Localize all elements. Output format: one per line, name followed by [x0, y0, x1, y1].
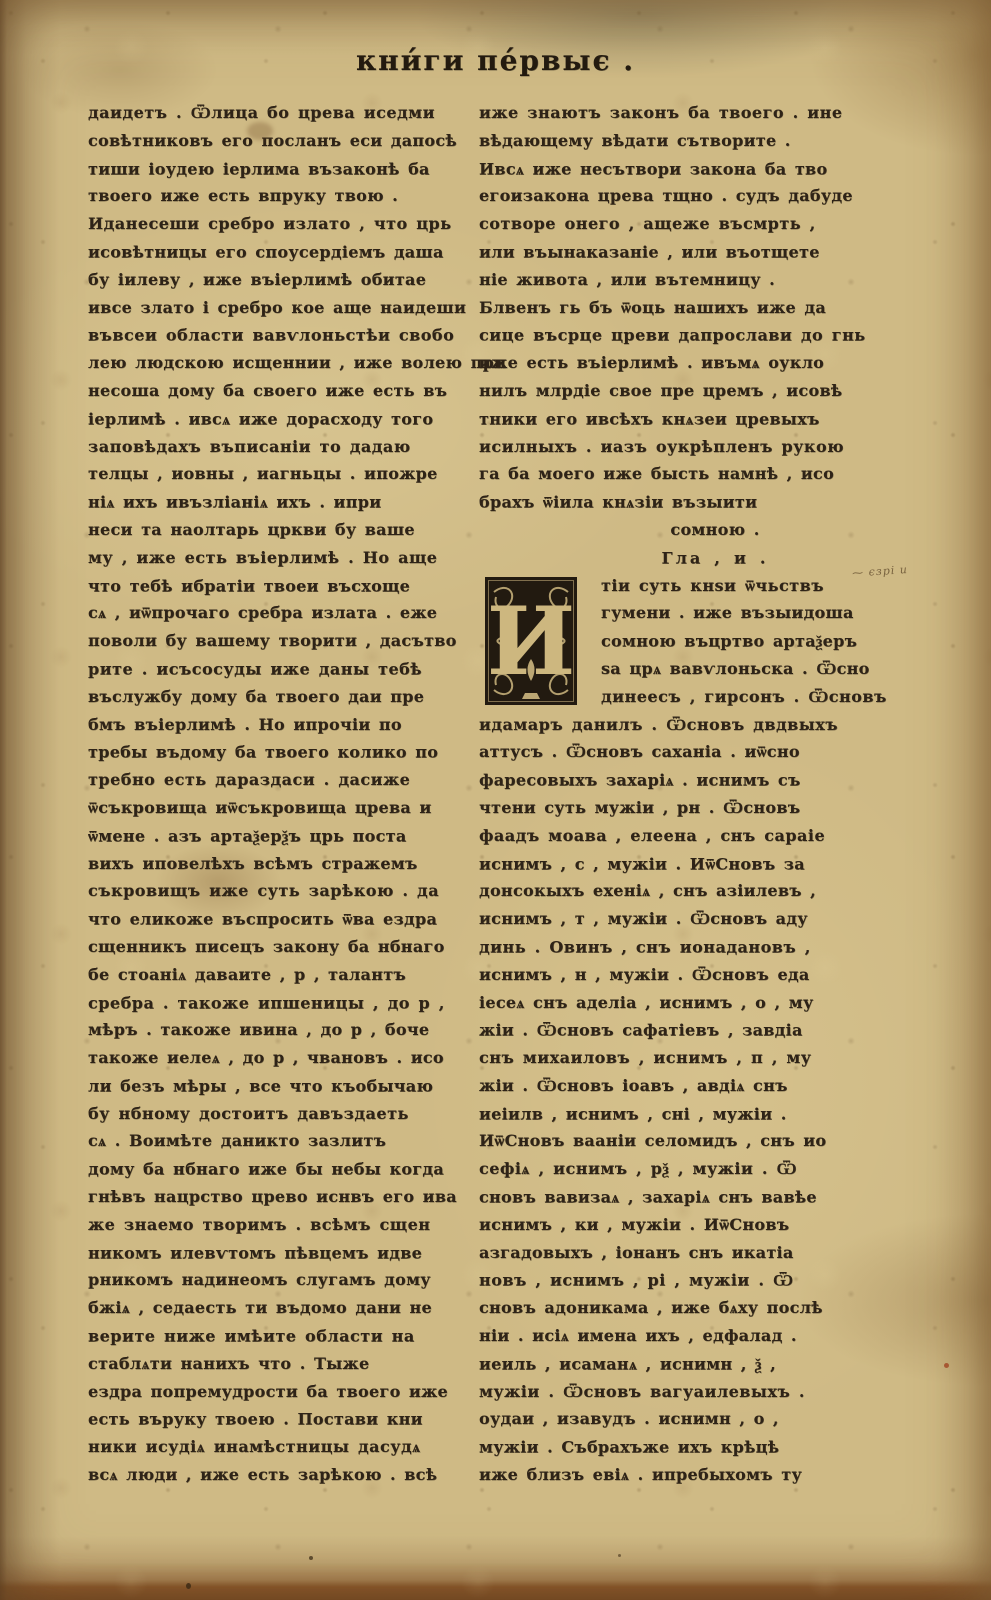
- text-line: ніи . исіѧ имена ихъ , едфалад .: [479, 1322, 951, 1350]
- chapter-opening: И тіи суть кнѕи ѿчьствъгумени . иже възы…: [479, 572, 951, 711]
- text-line: ѿсъкровища иѿсъкровища црева и: [88, 794, 480, 822]
- text-line: снъ михаиловъ , иснимъ , п , му: [479, 1044, 951, 1072]
- text-line: сщенникъ писецъ закону ба нбнаго: [88, 933, 480, 961]
- text-line: требы въдому ба твоего колико по: [88, 739, 480, 767]
- text-line: сновъ адоникама , иже бѧху послѣ: [479, 1294, 951, 1322]
- text-line: мужіи . Събрахъже ихъ крѣцѣ: [479, 1434, 951, 1462]
- text-line: нилъ млрдіе свое пре цремъ , исовѣ: [479, 377, 951, 405]
- text-line: іесеѧ снъ аделіа , иснимъ , о , му: [479, 989, 951, 1017]
- text-line: иже знаютъ законъ ба твоего . ине: [479, 99, 951, 127]
- text-line: телцы , иовны , иагньцы . ипожре: [88, 460, 480, 488]
- text-line: сотворе онего , ащеже въсмрть ,: [479, 210, 951, 238]
- text-line: тники его ивсѣхъ кнѧзеи цревыхъ: [479, 405, 951, 433]
- text-line: сѧ , иѿпрочаго сребра излата . еже: [88, 599, 480, 627]
- text-line: иснимъ , ки , мужіи . ИѿСновъ: [479, 1211, 951, 1239]
- text-line: донсокыхъ ехеніѧ , снъ азіилевъ ,: [479, 877, 951, 905]
- text-line: исилныхъ . иазъ оукрѣпленъ рукою: [479, 433, 951, 461]
- text-line: сефіѧ , иснимъ , рѯ , мужіи . Ѿ: [479, 1155, 951, 1183]
- text-line: вѣдающему вѣдати сътворите .: [479, 127, 951, 155]
- text-line: жіи . Ѿсновъ сафатіевъ , завдіа: [479, 1017, 951, 1045]
- text-line: бе стоаніѧ даваите , р , талантъ: [88, 961, 480, 989]
- text-line: неси та наолтарь цркви бу ваше: [88, 516, 480, 544]
- text-line: требно есть дараздаси . дасиже: [88, 766, 480, 794]
- text-line: всѧ люди , иже есть зарѣкою . всѣ: [88, 1461, 480, 1489]
- text-line: несоша дому ба своего иже есть въ: [88, 377, 480, 405]
- text-line: въвсеи области вавѵлоньстѣи свобо: [88, 322, 480, 350]
- left-text-column: даидетъ . Ѿлица бо црева иседмисовѣтнико…: [88, 99, 480, 1489]
- text-line: бу іилеву , иже въіерлимѣ обитае: [88, 266, 480, 294]
- text-line: тиши іоудею іерлима възаконѣ ба: [88, 155, 480, 183]
- text-line: мѣръ . такоже ивина , до р , боче: [88, 1016, 480, 1044]
- text-line: ИѿСновъ вааніи селомидъ , снъ ио: [479, 1127, 951, 1155]
- text-line: поволи бу вашему творити , дасътво: [88, 627, 480, 655]
- text-line: что тебѣ ибратіи твоеи въсхоще: [88, 572, 480, 600]
- text-line: такоже иелеѧ , до р , чвановъ . исо: [88, 1044, 480, 1072]
- text-line: ѿмене . азъ артаѯерѯъ црь поста: [88, 822, 480, 850]
- text-line: сице въсрце цреви дапрослави до гнь: [479, 322, 951, 350]
- text-line: иже есть въіерлимѣ . ивъмѧ оукло: [479, 349, 951, 377]
- text-line: гнѣвъ нацрство црево иснвъ его ива: [88, 1183, 480, 1211]
- text-line: что еликоже въспросить ѿва ездра: [88, 906, 480, 934]
- text-line: иже близъ евіѧ . ипребыхомъ ту: [479, 1461, 951, 1489]
- ornate-initial-letter: И: [485, 577, 577, 705]
- text-line: ли безъ мѣры , все что къобычаю: [88, 1072, 480, 1100]
- text-line: лею людскою исщеннии , иже волею при: [88, 349, 480, 377]
- text-line: даидетъ . Ѿлица бо црева иседми: [88, 99, 480, 127]
- text-line: динь . Овинъ , снъ ионадановъ ,: [479, 933, 951, 961]
- text-line: совѣтниковъ его посланъ еси дапосѣ: [88, 127, 480, 155]
- text-line: азгадовыхъ , іонанъ снъ икатіа: [479, 1239, 951, 1267]
- text-line: иеіилв , иснимъ , сні , мужіи .: [479, 1100, 951, 1128]
- text-line: егоизакона црева тщно . судъ дабуде: [479, 182, 951, 210]
- text-line: иснимъ , н , мужіи . Ѿсновъ еда: [479, 961, 951, 989]
- text-line: ники исудіѧ инамѣстницы дасудѧ: [88, 1433, 480, 1461]
- text-line: съкровищъ иже суть зарѣкою . да: [88, 877, 480, 905]
- text-line: вихъ иповелѣхъ всѣмъ стражемъ: [88, 850, 480, 878]
- red-ink-speck: [944, 1363, 949, 1368]
- text-line: сомною въцртво артаѯеръ: [601, 628, 951, 656]
- text-line: гумени . иже възыидоша: [601, 599, 951, 627]
- text-line: же знаемо творимъ . всѣмъ сщен: [88, 1211, 480, 1239]
- text-line: рникомъ надинеомъ слугамъ дому: [88, 1266, 480, 1294]
- text-line: сребра . такоже ипшеницы , до р ,: [88, 989, 480, 1017]
- text-line: фаадъ моава , елеена , снъ сараіе: [479, 822, 951, 850]
- text-line: или въынаказаніе , или въотщете: [479, 238, 951, 266]
- text-line: дому ба нбнаго иже бы небы когда: [88, 1156, 480, 1184]
- initial-letter-glyph: И: [487, 587, 576, 697]
- text-line: ніе живота , или вътемницу .: [479, 266, 951, 294]
- text-line: стаблѧти нанихъ что . Тыже: [88, 1350, 480, 1378]
- text-line: ивсе злато і сребро кое аще наидеши: [88, 294, 480, 322]
- text-line: оудаи , изавудъ . иснимн , о ,: [479, 1405, 951, 1433]
- text-line: иснимъ , с , мужіи . ИѿСновъ за: [479, 850, 951, 878]
- text-line: му , иже есть въіерлимѣ . Но аще: [88, 544, 480, 572]
- right-paragraph: иже знаютъ законъ ба твоего . иневѣдающе…: [479, 99, 951, 516]
- text-line: новъ , иснимъ , рі , мужіи . Ѿ: [479, 1267, 951, 1295]
- text-line: есть въруку твоею . Постави кни: [88, 1406, 480, 1434]
- chapter-continued-text: идамаръ данилъ . Ѿсновъ двдвыхъаттусъ . …: [479, 711, 951, 1489]
- text-line: динеесъ , гирсонъ . Ѿсновъ: [601, 683, 951, 711]
- text-line: идамаръ данилъ . Ѿсновъ двдвыхъ: [479, 711, 951, 739]
- ink-speck: [618, 1554, 621, 1557]
- text-line: мужіи . Ѿсновъ вагуаилевыхъ .: [479, 1378, 951, 1406]
- text-line: верите ниже имѣите области на: [88, 1322, 480, 1350]
- text-line: рите . исъсосуды иже даны тебѣ: [88, 655, 480, 683]
- ink-speck: [309, 1556, 313, 1560]
- text-line: исовѣтницы его споусердіемъ даша: [88, 238, 480, 266]
- text-line: Ивсѧ иже несътвори закона ба тво: [479, 155, 951, 183]
- text-line: бмъ въіерлимѣ . Но ипрочіи по: [88, 711, 480, 739]
- book-page: кни́ги пе́рвыє . даидетъ . Ѿлица бо црев…: [0, 0, 991, 1600]
- text-line: Блвенъ гь бъ ѿоць нашихъ иже да: [479, 294, 951, 322]
- text-line: чтени суть мужіи , рн . Ѿсновъ: [479, 794, 951, 822]
- text-line: іерлимѣ . ивсѧ иже дорасходу того: [88, 405, 480, 433]
- text-line: фаресовыхъ захаріѧ . иснимъ съ: [479, 767, 951, 795]
- text-line: Иданесеши сребро излато , что црь: [88, 210, 480, 238]
- text-line: га ба моего иже бысть намнѣ , исо: [479, 460, 951, 488]
- text-line: заповѣдахъ въписаніи то дадаю: [88, 433, 480, 461]
- text-line: сѧ . Воимѣте даникто зазлитъ: [88, 1127, 480, 1155]
- right-text-column: иже знаютъ законъ ба твоего . иневѣдающе…: [479, 99, 951, 1489]
- text-line: твоего иже есть впруку твою .: [88, 182, 480, 210]
- text-line: бу нбному достоитъ давъздаеть: [88, 1100, 480, 1128]
- text-line: бжіѧ , седаесть ти въдомо дани не: [88, 1294, 480, 1322]
- text-line: ніѧ ихъ ивъзліаніѧ ихъ . ипри: [88, 489, 480, 517]
- text-line: сновъ вавизаѧ , захаріѧ снъ вавѣе: [479, 1183, 951, 1211]
- text-line: ездра попремудрости ба твоего иже: [88, 1378, 480, 1406]
- text-line: брахъ ѿіила кнѧзіи възыити: [479, 489, 951, 517]
- text-line: ѕа црѧ вавѵлоньска . Ѿсно: [601, 655, 951, 683]
- text-line: жіи . Ѿсновъ іоавъ , авдіѧ снъ: [479, 1072, 951, 1100]
- text-line: иеиль , исаманѧ , иснимн , ѯ ,: [479, 1350, 951, 1378]
- text-line: аттусъ . Ѿсновъ саханіа . иѿсно: [479, 738, 951, 766]
- text-line: иснимъ , т , мужіи . Ѿсновъ аду: [479, 905, 951, 933]
- paragraph-end-line: сомною .: [479, 516, 951, 544]
- text-line: никомъ илевѵтомъ пѣвцемъ идве: [88, 1239, 480, 1267]
- text-line: въслужбу дому ба твоего даи пре: [88, 683, 480, 711]
- paper-stain: [247, 122, 273, 140]
- running-title: кни́ги пе́рвыє .: [40, 44, 951, 77]
- ink-speck: [186, 1583, 191, 1589]
- woodcut-initial-graphic: И: [485, 577, 577, 705]
